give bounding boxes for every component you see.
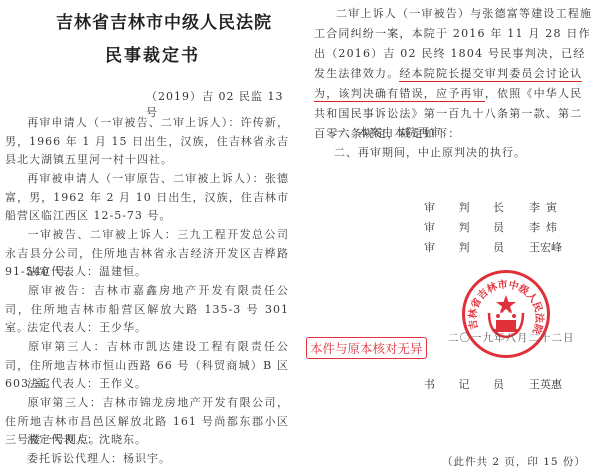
legal-rep-4: 法定代表人：沈晓东。 [5, 431, 289, 450]
ruling-body: 二审上诉人（一审被告）与张德富等建设工程施工合同纠纷一案，本院于 2016 年 … [314, 4, 594, 144]
decision-date: 二〇一九年八月二十二日 [448, 330, 575, 345]
document-page-2: 二审上诉人（一审被告）与张德富等建设工程施工合同纠纷一案，本院于 2016 年 … [296, 0, 600, 473]
court-name: 吉林省吉林市中级人民法院 [56, 8, 272, 33]
ruling-item-2: 二、再审期间，中止原判决的执行。 [334, 144, 526, 160]
copy-verified-stamp: 本件与原本核对无异 [306, 337, 427, 359]
document-type-title: 民事裁定书 [105, 41, 200, 66]
signature-presiding-judge: 审判长 李寅 [424, 199, 574, 215]
signature-clerk: 书记员 王英惠 [424, 376, 574, 392]
signature-judge-1: 审判员 李炜 [424, 219, 574, 235]
page-count-note: （此件共 2 页，印 15 份） [442, 454, 586, 469]
signature-judge-2: 审判员 王宏峰 [424, 239, 574, 255]
litigation-agent: 委托诉讼代理人：杨识宇。 [5, 450, 289, 469]
party-retrial-applicant: 再审申请人（一审被告、二审上诉人）：许传新，男，1966 年 1 月 15 日出… [5, 114, 289, 170]
party-retrial-respondent: 再审被申请人（一审原告、二审被上诉人）：张德富，男，1962 年 2 月 10 … [5, 170, 289, 226]
legal-rep-2: 法定代表人：王少华。 [5, 319, 289, 338]
legal-rep-1: 法定代表人：温建恒。 [5, 263, 289, 282]
document-page-1: 吉林省吉林市中级人民法院 民事裁定书 （2019）吉 02 民监 13 号 再审… [0, 0, 296, 473]
ruling-item-1: 一、本案由本院再审； [334, 124, 454, 140]
legal-rep-3: 法定代表人：王作义。 [5, 375, 289, 394]
